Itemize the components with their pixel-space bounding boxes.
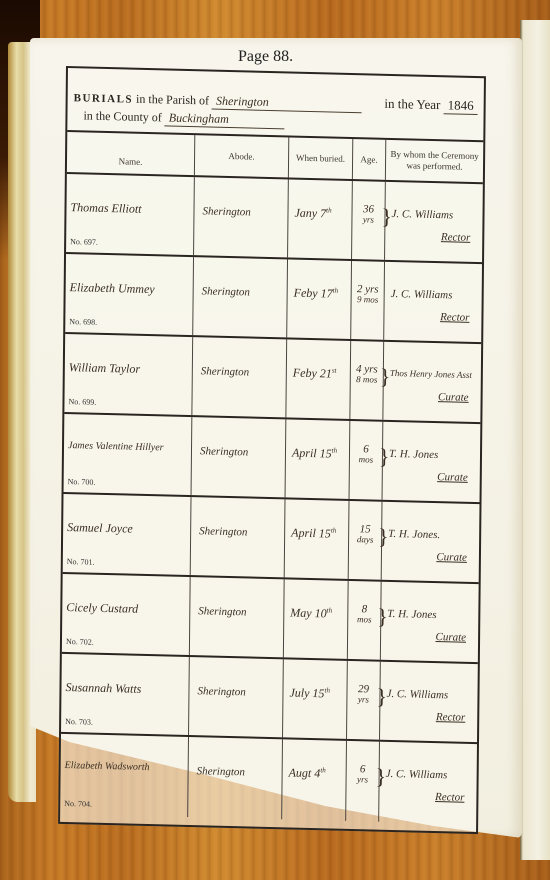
entry-abode: Sherington	[200, 445, 248, 458]
entry-number: No. 699.	[68, 397, 96, 407]
entry-age-unit: yrs	[352, 215, 384, 226]
entry-officiant: J. C. Williams	[386, 768, 448, 782]
entry-date: Feby 17	[294, 286, 333, 301]
entry-abode: Sherington	[201, 365, 249, 378]
entry-number: No. 698.	[69, 317, 97, 327]
entry-name: Samuel Joyce	[67, 520, 133, 537]
parish-value: Sherington	[212, 94, 362, 114]
entry-officiant: T. H. Jones	[389, 448, 438, 461]
entry-officiant-title: Curate	[438, 391, 469, 404]
entry-age-unit: 8 mos	[351, 375, 383, 386]
date-suffix: th	[331, 526, 337, 534]
entry-date: Feby 21	[293, 366, 332, 381]
entry-officiant-title: Rector	[440, 311, 469, 324]
entry-name: James Valentine Hillyer	[68, 440, 164, 453]
date-suffix: th	[327, 606, 333, 614]
entry-number: No. 697.	[70, 237, 98, 247]
entry-abode: Sherington	[202, 285, 250, 298]
entry-age-unit: yrs	[347, 695, 379, 706]
entry-abode: Sherington	[202, 205, 250, 218]
year-line: in the Year 1846	[384, 96, 477, 115]
table-row: Samuel JoyceNo. 701. Sherington April 15…	[63, 494, 480, 584]
entry-officiant: J. C. Williams	[391, 288, 453, 302]
entry-date: April 15	[291, 526, 331, 541]
entry-age-unit: mos	[348, 615, 380, 626]
facing-page-edge	[520, 20, 550, 860]
date-suffix: st	[332, 367, 337, 375]
entry-officiant-title: Rector	[441, 231, 470, 244]
entry-abode: Sherington	[197, 765, 245, 778]
year-prefix: in the Year	[384, 96, 440, 112]
entry-officiant: J. C. Williams	[386, 688, 448, 702]
entry-abode: Sherington	[199, 525, 247, 538]
entry-abode: Sherington	[197, 685, 245, 698]
burials-label: BURIALS	[74, 92, 134, 105]
county-line: in the County of Buckingham	[83, 108, 284, 129]
entry-date: May 10	[290, 606, 326, 621]
entry-officiant: T. H. Jones	[387, 608, 436, 621]
table-row: Thomas ElliottNo. 697. Sherington Jany 7…	[66, 174, 483, 264]
entry-date: Jany 7	[294, 206, 326, 221]
register-header: BURIALS in the Parish of Sherington in t…	[67, 68, 484, 142]
entry-number: No. 704.	[64, 799, 92, 809]
entry-age-unit: 9 mos	[352, 295, 384, 306]
entry-name: William Taylor	[69, 360, 140, 377]
date-suffix: th	[333, 287, 339, 295]
entry-number: No. 701.	[67, 557, 95, 567]
entry-name: Elizabeth Wadsworth	[65, 760, 150, 773]
entry-number: No. 703.	[65, 717, 93, 727]
entry-age-unit: mos	[350, 455, 382, 466]
date-suffix: th	[326, 206, 332, 214]
table-row: Susannah WattsNo. 703. Sherington July 1…	[61, 654, 478, 744]
col-name: Name.	[67, 132, 195, 175]
table-row: Elizabeth UmmeyNo. 698. Sherington Feby …	[65, 254, 482, 344]
entry-officiant: T. H. Jones.	[388, 528, 440, 541]
table-row: William TaylorNo. 699. Sherington Feby 2…	[64, 334, 481, 424]
date-suffix: th	[320, 766, 326, 774]
county-prefix: in the County of	[83, 108, 161, 124]
col-age: Age.	[353, 139, 386, 180]
entry-officiant-title: Rector	[436, 711, 465, 724]
entry-date: Augt 4	[289, 765, 321, 780]
year-value: 1846	[444, 97, 478, 115]
entry-officiant-title: Rector	[435, 791, 464, 804]
burial-register-table: BURIALS in the Parish of Sherington in t…	[58, 66, 486, 834]
entry-date: July 15	[289, 685, 324, 700]
col-when-buried: When buried.	[289, 137, 353, 179]
col-officiant: By whom the Ceremony was performed.	[386, 140, 483, 182]
table-row: Cicely CustardNo. 702. Sherington May 10…	[62, 574, 479, 664]
entry-name: Susannah Watts	[65, 680, 141, 697]
entry-name: Elizabeth Ummey	[70, 280, 155, 297]
page-number: Page 88.	[238, 48, 293, 66]
county-value: Buckingham	[165, 110, 285, 129]
parish-prefix: in the Parish of	[136, 92, 209, 108]
date-suffix: th	[332, 447, 338, 455]
table-row: James Valentine HillyerNo. 700. Sheringt…	[64, 414, 481, 504]
entry-age-unit: yrs	[347, 775, 379, 786]
table-row: Elizabeth WadsworthNo. 704. Sherington A…	[60, 734, 477, 824]
entry-officiant-title: Curate	[436, 551, 467, 564]
entry-date: April 15	[292, 446, 332, 461]
entry-officiant: J. C. Williams	[391, 208, 453, 222]
col-abode: Abode.	[195, 135, 289, 177]
entry-age-unit: days	[349, 535, 381, 546]
entry-name: Cicely Custard	[66, 600, 138, 617]
entry-number: No. 700.	[68, 477, 96, 487]
entry-abode: Sherington	[198, 605, 246, 618]
date-suffix: th	[324, 686, 330, 694]
entry-number: No. 702.	[66, 637, 94, 647]
entry-officiant: Thos Henry Jones Asst	[390, 368, 472, 380]
entry-officiant-title: Curate	[435, 631, 466, 644]
entry-officiant-title: Curate	[437, 471, 468, 484]
entry-name: Thomas Elliott	[70, 200, 141, 217]
